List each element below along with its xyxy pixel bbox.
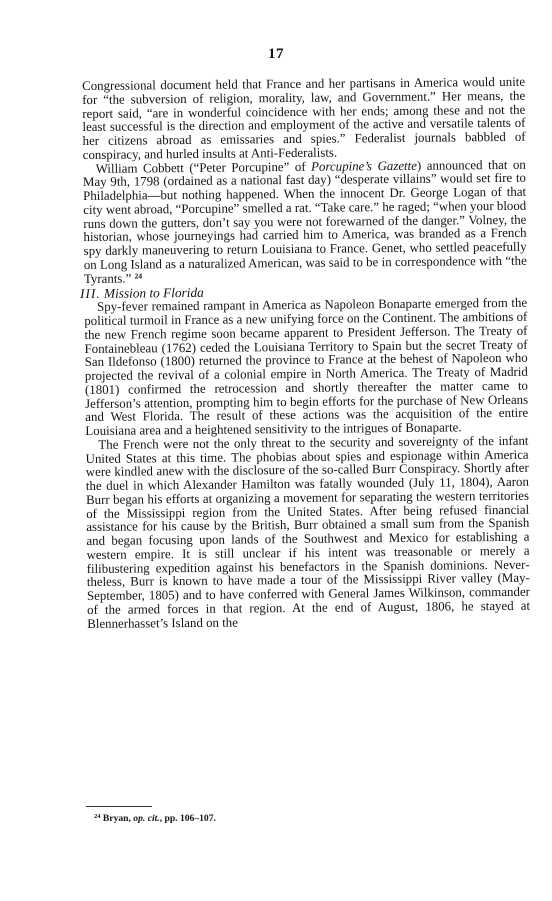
footnote: 24 Bryan, op. cit., pp. 106–107. xyxy=(94,813,216,824)
footnote-citation: op. cit. xyxy=(133,813,159,824)
footnote-pages: , pp. 106–107. xyxy=(160,813,216,824)
paragraph-spy-fever: Spy-fever remained rampant in America as… xyxy=(84,297,528,439)
section-numeral: III. xyxy=(80,286,101,301)
footnote-divider xyxy=(86,806,152,807)
footnote-marker: 24 xyxy=(94,813,101,820)
newspaper-title: Porcupine’s Ga­zette xyxy=(311,158,417,173)
paragraph-burr-conspiracy: The French were not the only threat to t… xyxy=(85,434,530,631)
footnote-author: Bryan, xyxy=(103,813,133,824)
paragraph-text: ) announced that on May 9th, 1798 (ordai… xyxy=(83,157,527,285)
paragraph-cobbett: William Cobbett (“Peter Porcupine” of Po… xyxy=(83,158,527,286)
page-number: 17 xyxy=(0,46,552,63)
paragraph-continued: Congressional document held that France … xyxy=(82,76,526,163)
body-text: Congressional document held that France … xyxy=(82,76,530,631)
footnote-reference: 24 xyxy=(134,271,142,280)
